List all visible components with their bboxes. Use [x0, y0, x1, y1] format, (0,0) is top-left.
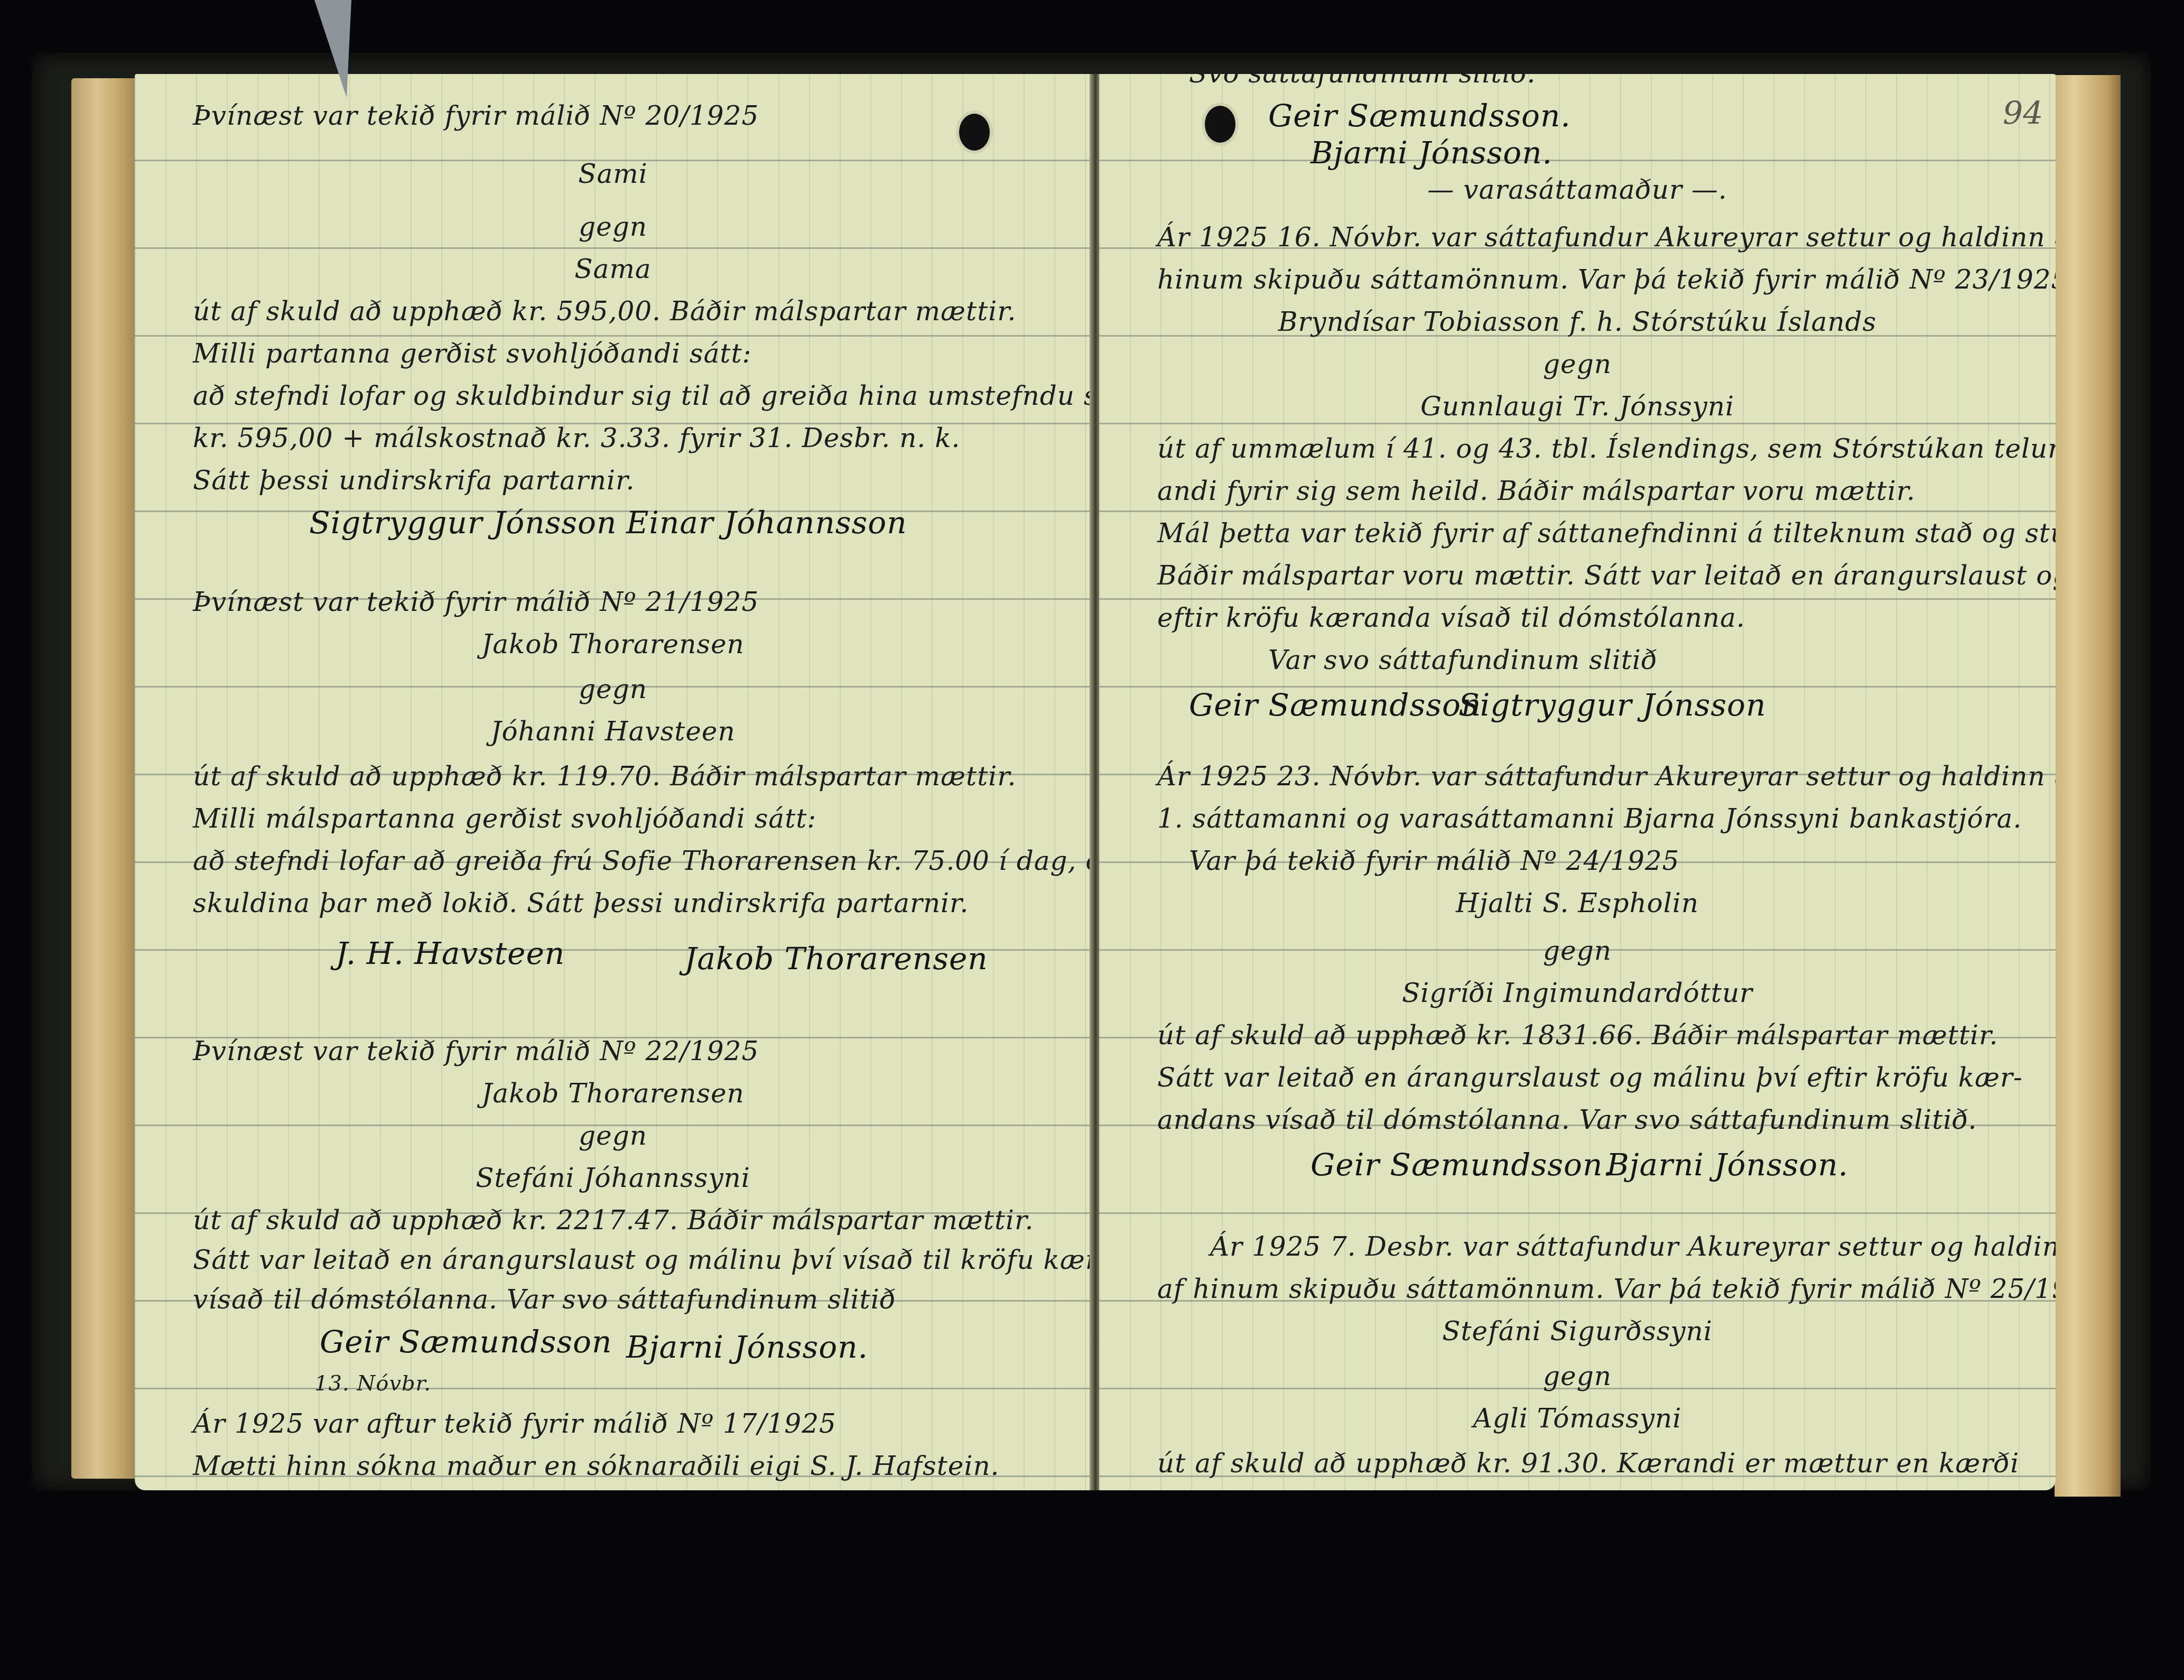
- entry-line: út af ummælum í 41. og 43. tbl. Íslendin…: [1157, 433, 2056, 464]
- signature: Geir Sæmundsson: [320, 1324, 612, 1360]
- centered-entry-line: — varasáttamaður —.: [1099, 174, 2056, 205]
- centered-entry-line: gegn: [1099, 1361, 2056, 1391]
- left-page: Þvínæst var tekið fyrir málið Nº 20/1925…: [135, 74, 1091, 1490]
- entry-line: út af skuld að upphæð kr. 91.30. Kærandi…: [1157, 1448, 2019, 1479]
- centered-entry-line: Stefáni Sigurðssyni: [1099, 1316, 2056, 1347]
- entry-line: Milli partanna gerðist svohljóðandi sátt…: [193, 338, 751, 369]
- entry-line: skuldina þar með lokið. Sátt þessi undir…: [193, 888, 969, 918]
- signature: Bjarni Jónsson.: [1311, 135, 1553, 171]
- right-page-edges: [2055, 75, 2121, 1497]
- entry-line: Sátt var leitað en árangurslaust og máli…: [193, 1245, 1091, 1275]
- signature: Geir Sæmundsson.: [1311, 1147, 1613, 1183]
- entry-line: Ár 1925 7. Desbr. var sáttafundur Akurey…: [1210, 1231, 2056, 1262]
- entry-line: Þvínæst var tekið fyrir málið Nº 21/1925: [193, 587, 759, 617]
- entry-line: andi fyrir sig sem heild. Báðir málspart…: [1157, 476, 1916, 506]
- entry-line: kr. 595,00 + málskostnað kr. 3.33. fyrir…: [193, 423, 960, 453]
- centered-entry-line: Sami: [135, 159, 1091, 189]
- centered-entry-line: Agli Tómassyni: [1099, 1403, 2056, 1434]
- signature: Einar Jóhannsson: [626, 505, 907, 541]
- entry-line: 1. sáttamanni og varasáttamanni Bjarna J…: [1157, 803, 2022, 834]
- entry-line: Svo sáttafundinum slitið.: [1189, 74, 1536, 89]
- entry-line: Milli málspartanna gerðist svohljóðandi …: [193, 803, 816, 834]
- entry-line: Mætti hinn sókna maður en sóknaraðili ei…: [193, 1451, 1000, 1481]
- signature: Geir Sæmundsson.: [1268, 98, 1571, 134]
- entry-line: að stefndi lofar og skuldbindur sig til …: [193, 380, 1091, 411]
- right-page: 94 Svo sáttafundinum slitið.— varasáttam…: [1099, 74, 2056, 1490]
- centered-entry-line: Jóhanni Havsteen: [135, 716, 1091, 747]
- entry-line: andans vísað til dómstólanna. Var svo sá…: [1157, 1104, 1977, 1135]
- entry-line: Ár 1925 var aftur tekið fyrir málið Nº 1…: [193, 1408, 837, 1439]
- centered-entry-line: Bryndísar Tobiasson f. h. Stórstúku Ísla…: [1099, 307, 2056, 337]
- entry-line: Var þá tekið fyrir málið Nº 24/1925: [1189, 846, 1679, 876]
- page-number: 94: [2003, 95, 2043, 132]
- entry-line: út af skuld að upphæð kr. 2217.47. Báðir…: [193, 1205, 1034, 1236]
- left-page-edges: [71, 78, 135, 1479]
- punch-hole-icon: [1205, 106, 1235, 143]
- punch-hole-icon: [959, 114, 990, 151]
- entry-line: út af skuld að upphæð kr. 119.70. Báðir …: [193, 761, 1017, 792]
- signature: Bjarni Jónsson.: [626, 1329, 868, 1365]
- centered-entry-line: Stefáni Jóhannssyni: [135, 1163, 1091, 1193]
- entry-line: Ár 1925 23. Nóvbr. var sáttafundur Akure…: [1157, 761, 2056, 792]
- centered-entry-line: Hjalti S. Espholin: [1099, 888, 2056, 918]
- entry-line: Sátt þessi undirskrifa partarnir.: [193, 465, 635, 496]
- centered-entry-line: gegn: [1099, 349, 2056, 379]
- centered-entry-line: gegn: [135, 211, 1091, 242]
- entry-line: Báðir málspartar voru mættir. Sátt var l…: [1157, 560, 2056, 591]
- signature: Jakob Thorarensen: [684, 941, 988, 977]
- entry-line: Þvínæst var tekið fyrir málið Nº 20/1925: [193, 100, 759, 131]
- entry-line: að stefndi lofar að greiða frú Sofie Tho…: [193, 846, 1091, 876]
- signature: Geir Sæmundsson: [1189, 687, 1481, 723]
- entry-line: út af skuld að upphæð kr. 1831.66. Báðir…: [1157, 1020, 1998, 1051]
- entry-line: Þvínæst var tekið fyrir málið Nº 22/1925: [193, 1036, 759, 1066]
- centered-entry-line: gegn: [135, 674, 1091, 704]
- entry-line: Ár 1925 16. Nóvbr. var sáttafundur Akure…: [1157, 222, 2056, 253]
- entry-line: Var svo sáttafundinum slitið: [1268, 645, 1658, 675]
- centered-entry-line: gegn: [1099, 935, 2056, 966]
- entry-line: Mál þetta var tekið fyrir af sáttanefndi…: [1157, 518, 2056, 549]
- centered-entry-line: Sama: [135, 254, 1091, 284]
- centered-entry-line: Jakob Thorarensen: [135, 629, 1091, 660]
- entry-line: út af skuld að upphæð kr. 595,00. Báðir …: [193, 296, 1017, 327]
- signature: J. H. Havsteen: [336, 935, 565, 971]
- entry-line: 13. Nóvbr.: [314, 1371, 431, 1396]
- centered-entry-line: Sigríði Ingimundardóttur: [1099, 978, 2056, 1008]
- signature: Sigtryggur Jónsson: [309, 505, 617, 541]
- signature: Sigtryggur Jónsson: [1458, 687, 1766, 723]
- entry-line: vísað til dómstólanna. Var svo sáttafund…: [193, 1284, 896, 1315]
- entry-line: eftir kröfu kæranda vísað til dómstólann…: [1157, 602, 1745, 633]
- entry-line: af hinum skipuðu sáttamönnum. Var þá tek…: [1157, 1274, 2056, 1304]
- entry-line: Sátt var leitað en árangurslaust og máli…: [1157, 1062, 2023, 1093]
- centered-entry-line: Gunnlaugi Tr. Jónssyni: [1099, 391, 2056, 422]
- entry-line: hinum skipuðu sáttamönnum. Var þá tekið …: [1157, 264, 2056, 295]
- signature: Bjarni Jónsson.: [1606, 1147, 1848, 1183]
- centered-entry-line: gegn: [135, 1120, 1091, 1151]
- centered-entry-line: Jakob Thorarensen: [135, 1078, 1091, 1109]
